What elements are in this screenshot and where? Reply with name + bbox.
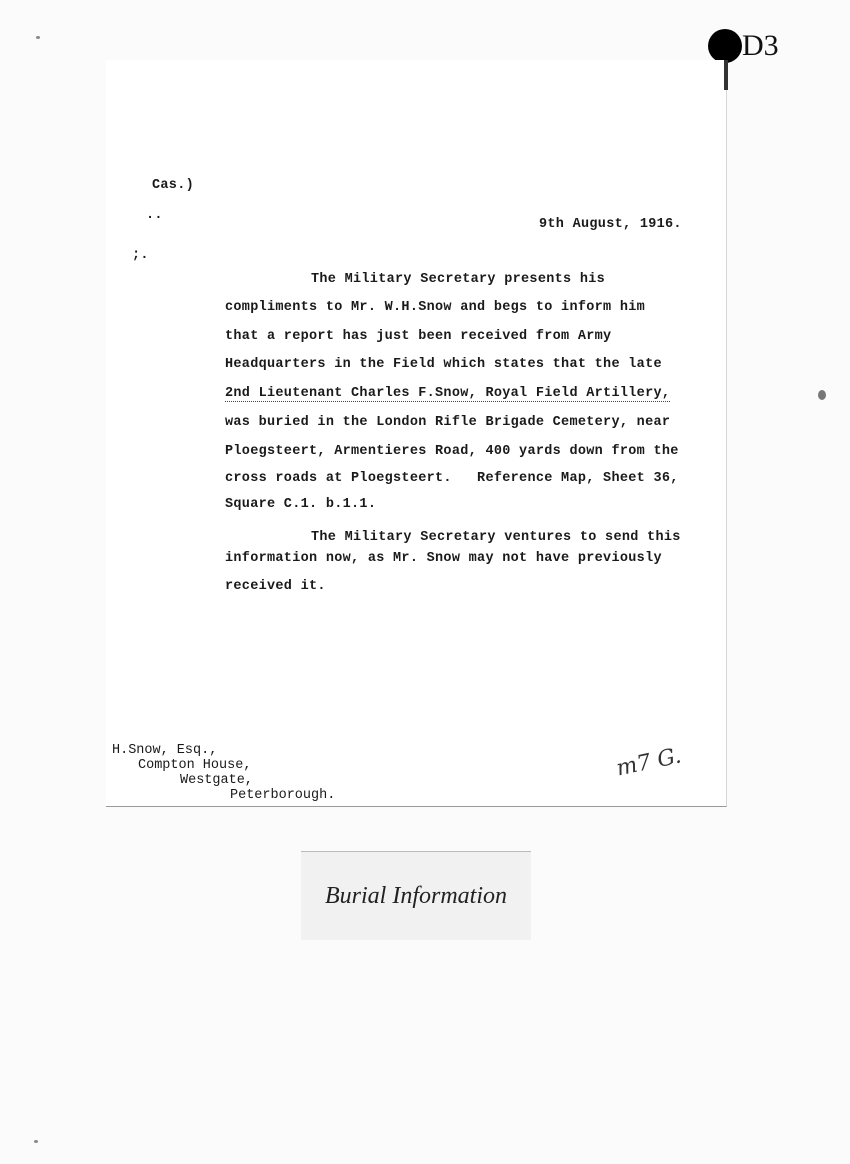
body-line-underlined: 2nd Lieutenant Charles F.Snow, Royal Fie… [225, 386, 670, 402]
page-edge-shadow [724, 60, 728, 90]
stray-mark: .. [146, 208, 163, 223]
address-line: Peterborough. [230, 788, 335, 803]
body-line: The Military Secretary ventures to send … [311, 530, 681, 545]
bullet-icon [708, 29, 742, 63]
body-line: compliments to Mr. W.H.Snow and begs to … [225, 300, 645, 315]
body-line: that a report has just been received fro… [225, 329, 611, 344]
body-line: The Military Secretary presents his [311, 272, 605, 287]
reference-text: Cas.) [152, 178, 194, 193]
address-line: Westgate, [180, 773, 253, 788]
letter-document: Cas.) .. ;. 9th August, 1916. The Milita… [106, 60, 727, 807]
address-line: H.Snow, Esq., [112, 743, 217, 758]
body-line: Square C.1. b.1.1. [225, 497, 376, 512]
address-line: Compton House, [138, 758, 251, 773]
body-line: Headquarters in the Field which states t… [225, 357, 662, 372]
page-label-text: D3 [742, 31, 779, 61]
body-line: Ploegsteert, Armentieres Road, 400 yards… [225, 444, 679, 459]
body-line: was buried in the London Rifle Brigade C… [225, 415, 670, 430]
body-line: received it. [225, 579, 326, 594]
caption-box: Burial Information [301, 851, 531, 940]
handwritten-note: m7 G. [614, 743, 683, 781]
letter-date: 9th August, 1916. [539, 217, 682, 232]
body-line: information now, as Mr. Snow may not hav… [225, 551, 662, 566]
caption-text: Burial Information [325, 883, 507, 910]
body-line: cross roads at Ploegsteert. Reference Ma… [225, 471, 679, 486]
stray-mark: ;. [132, 248, 149, 263]
